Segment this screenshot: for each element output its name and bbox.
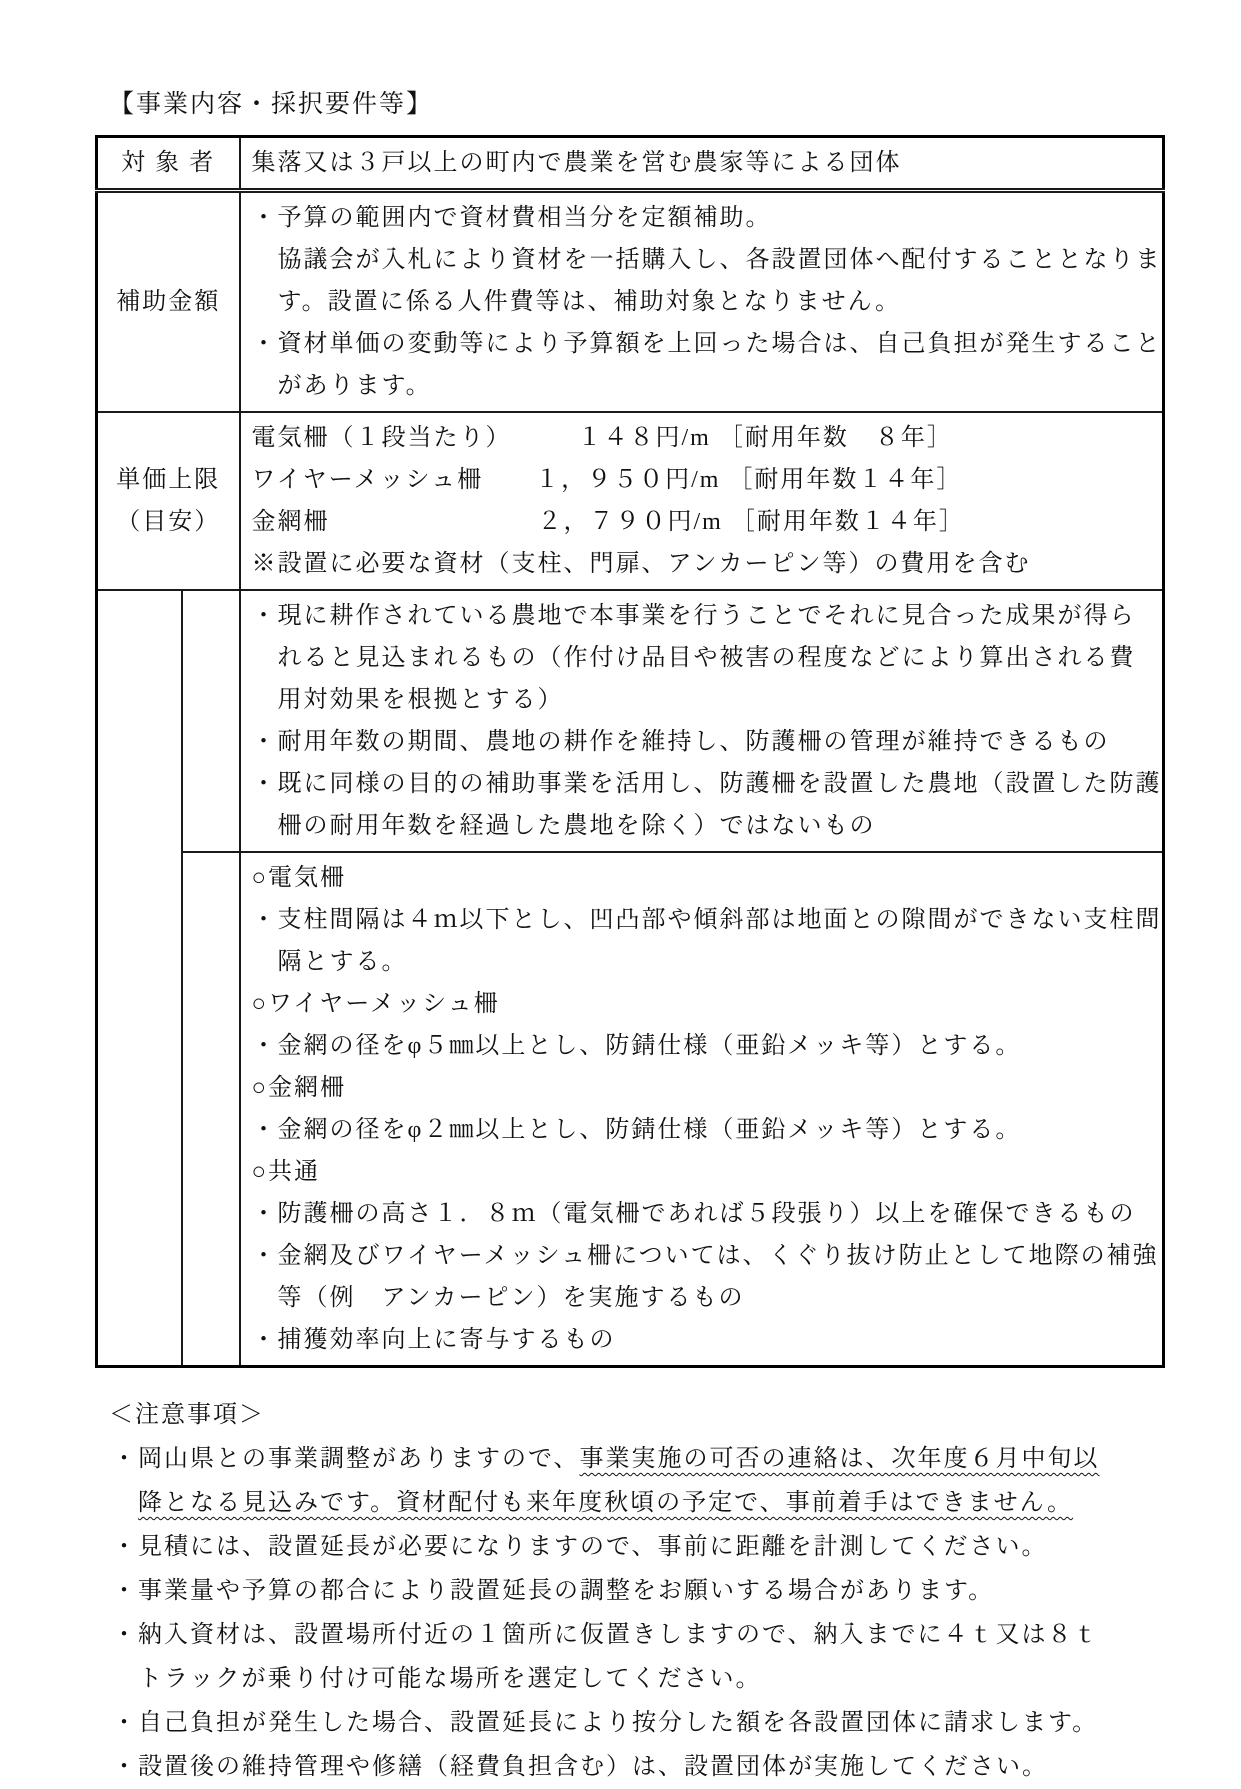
unit-price-content: 電気柵（１段当たり） １４８円/m ［耐用年数 ８年］ ワイヤーメッシュ柵 １，… — [240, 412, 1164, 590]
target-label: 対 象 者 — [97, 137, 240, 191]
subsidy-label: 補助金額 — [97, 191, 240, 413]
note-1-normal-text: ・岡山県との事業調整がありますので、 — [112, 1446, 580, 1472]
row-unit-price: 単価上限 （目安） 電気柵（１段当たり） １４８円/m ［耐用年数 ８年］ ワイ… — [97, 412, 1164, 590]
note-item-3: ・事業量や予算の都合により設置延長の調整をお願いする場合があります。 — [112, 1569, 1171, 1613]
criteria-label: 事業採択要件 — [173, 884, 182, 1058]
farmland-content: ・現に耕作されている農地で本事業を行うことでそれに見合った成果が得ら れると見込… — [240, 590, 1164, 852]
notes-heading: ＜注意事項＞ — [109, 1393, 1171, 1437]
note-item-2: ・見積には、設置延長が必要になりますので、事前に距離を計測してください。 — [112, 1525, 1171, 1569]
row-criteria-farmland: 事業採択要件 農地 ・現に耕作されている農地で本事業を行うことでそれに見合った成… — [97, 590, 1164, 852]
subsidy-content: ・予算の範囲内で資材費相当分を定額補助。 協議会が入札により資材を一括購入し、各… — [240, 191, 1164, 413]
note-item-6: ・設置後の維持管理や修繕（経費負担含む）は、設置団体が実施してください。 — [112, 1745, 1171, 1789]
row-criteria-fence: 防護柵 ○電気柵 ・支柱間隔は４ｍ以下とし、凹凸部や傾斜部は地面との隙間ができな… — [97, 852, 1164, 1367]
farmland-label-cell: 農地 — [182, 590, 240, 852]
note-item-1: ・岡山県との事業調整がありますので、事業実施の可否の連絡は、次年度６月中旬以 降… — [112, 1437, 1171, 1525]
unit-price-label: 単価上限 （目安） — [97, 412, 240, 590]
fence-content: ○電気柵 ・支柱間隔は４ｍ以下とし、凹凸部や傾斜部は地面との隙間ができない支柱間… — [240, 852, 1164, 1367]
target-content: 集落又は３戸以上の町内で農業を営む農家等による団体 — [240, 137, 1164, 191]
page-title: 【事業内容・採択要件等】 — [109, 84, 1171, 120]
requirements-table: 対 象 者 集落又は３戸以上の町内で農業を営む農家等による団体 補助金額 ・予算… — [95, 135, 1165, 1368]
note-item-4: ・納入資材は、設置場所付近の１箇所に仮置きしますので、納入までに４ｔ又は８ｔ ト… — [112, 1613, 1171, 1701]
note-item-5: ・自己負担が発生した場合、設置延長により按分した額を各設置団体に請求します。 — [112, 1701, 1171, 1745]
criteria-label-cell: 事業採択要件 — [97, 590, 182, 1367]
row-target: 対 象 者 集落又は３戸以上の町内で農業を営む農家等による団体 — [97, 137, 1164, 191]
notes-section: ＜注意事項＞ ・岡山県との事業調整がありますので、事業実施の可否の連絡は、次年度… — [109, 1393, 1171, 1789]
document-page: 【事業内容・採択要件等】 対 象 者 集落又は３戸以上の町内で農業を営む農家等に… — [0, 0, 1241, 1789]
row-subsidy: 補助金額 ・予算の範囲内で資材費相当分を定額補助。 協議会が入札により資材を一括… — [97, 191, 1164, 413]
fence-label-cell: 防護柵 — [182, 852, 240, 1367]
